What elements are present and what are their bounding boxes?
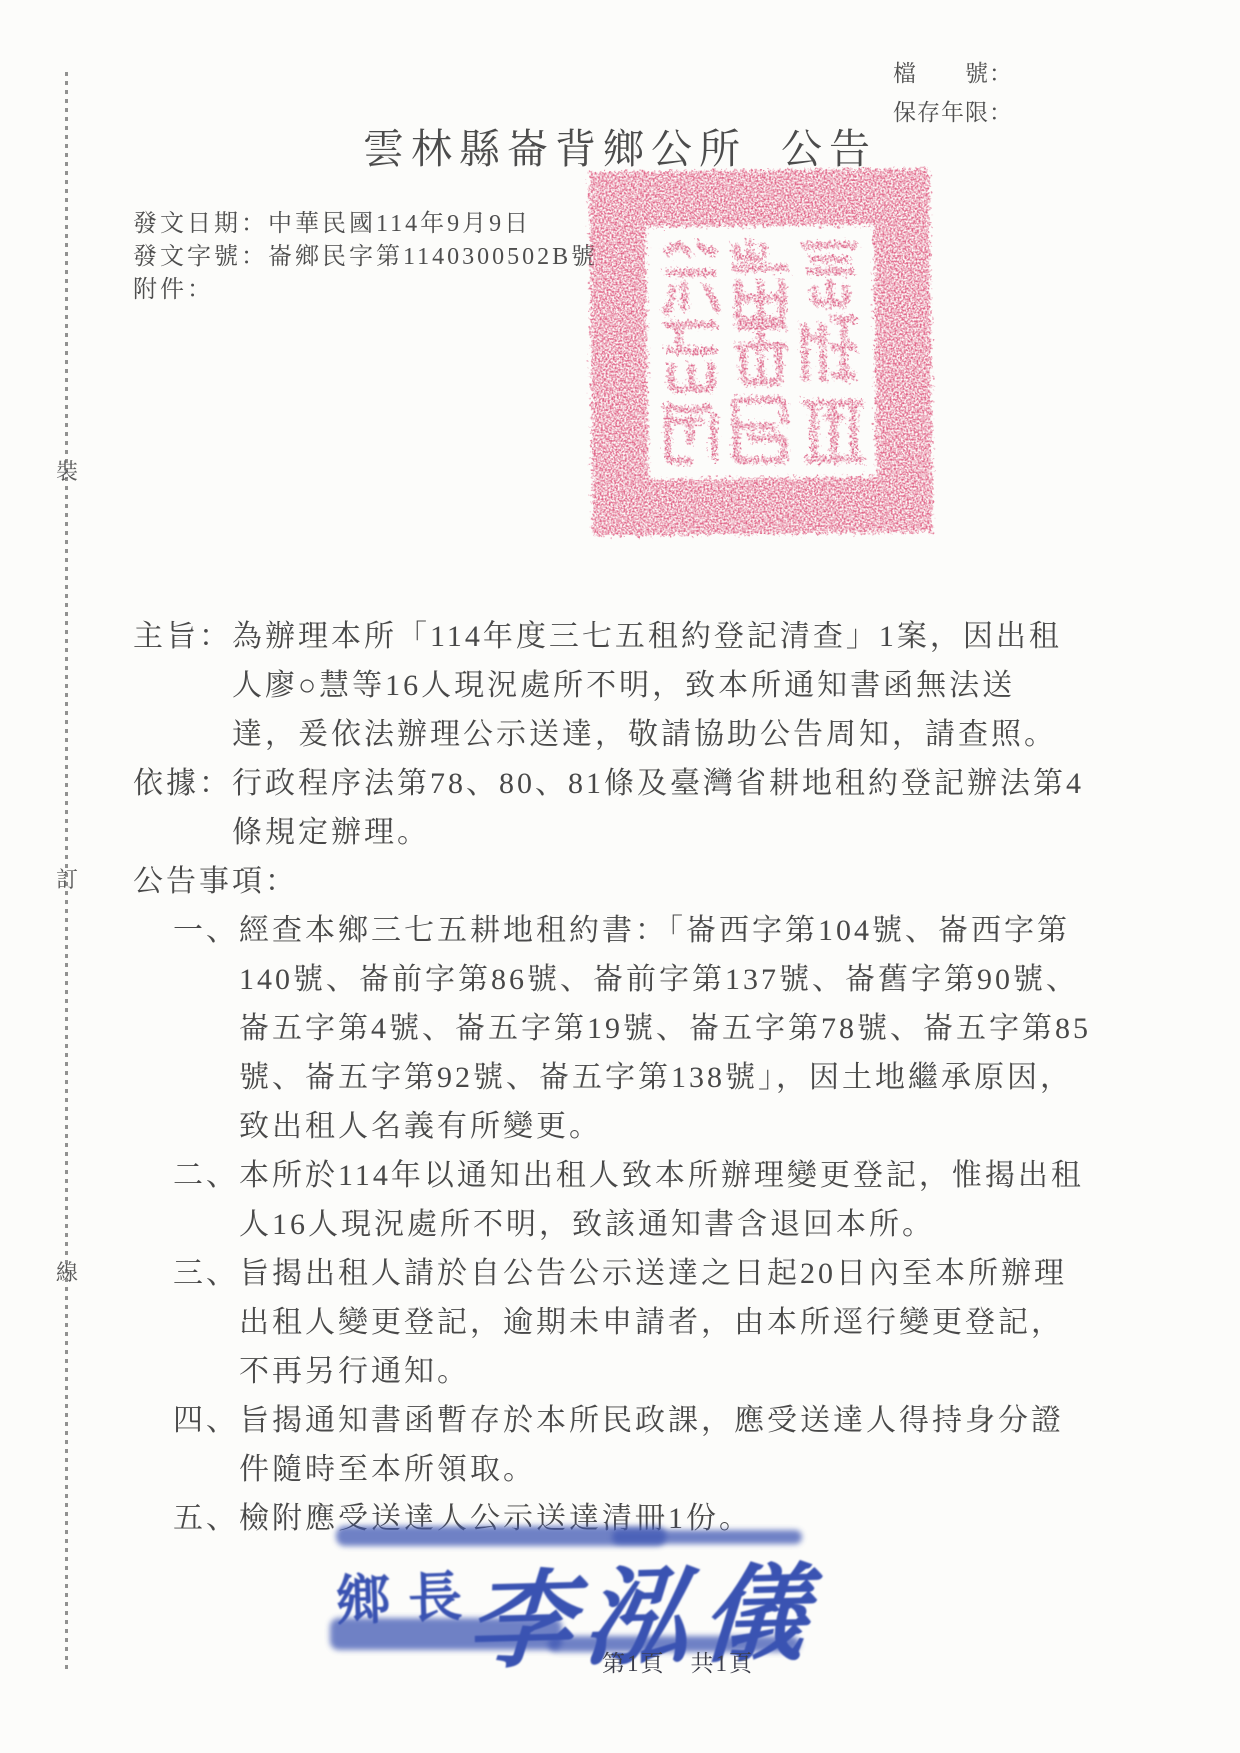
document-title: 雲林縣崙背鄉公所 公告 [0, 116, 1240, 175]
item-number: 四、 [173, 1396, 239, 1445]
item-text: 經查本鄉三七五耕地租約書：「崙西字第104號、崙西字第 140號、崙前字第86號… [239, 906, 1091, 1151]
doc-number-line: 發文字號：崙鄉民字第1140300502B號 [133, 241, 598, 274]
org-name: 雲林縣崙背鄉公所 [363, 116, 747, 175]
item-text: 本所於114年以通知出租人致本所辦理變更登記，惟揭出租 人16人現況處所不明，致… [239, 1151, 1084, 1249]
binding-char-ding: 訂 [53, 863, 81, 894]
subject-label: 主旨： [133, 612, 232, 661]
announcement-body: 主旨： 為辦理本所「114年度三七五租約登記清查」1案，因出租 人廖○慧等16人… [133, 612, 1133, 1543]
binding-char-zhuang: 裝 [53, 455, 81, 486]
subject-text: 為辦理本所「114年度三七五租約登記清查」1案，因出租 人廖○慧等16人現況處所… [232, 612, 1062, 759]
binding-char-xian: 線 [53, 1256, 81, 1287]
announcement-item-2: 二、 本所於114年以通知出租人致本所辦理變更登記，惟揭出租 人16人現況處所不… [133, 1151, 1133, 1249]
official-seal-stamp-icon [584, 166, 940, 542]
item-text: 旨揭通知書函暫存於本所民政課，應受送達人得持身分證 件隨時至本所領取。 [239, 1396, 1064, 1494]
announcement-item-3: 三、 旨揭出租人請於自公告公示送達之日起20日內至本所辦理 出租人變更登記，逾期… [133, 1249, 1133, 1396]
page-number: 第1頁 共1頁 [602, 1645, 754, 1678]
item-number: 二、 [173, 1151, 239, 1200]
issue-date-line: 發文日期：中華民國114年9月9日 [133, 208, 598, 241]
subject-paragraph: 主旨： 為辦理本所「114年度三七五租約登記清查」1案，因出租 人廖○慧等16人… [133, 612, 1133, 759]
basis-paragraph: 依據： 行政程序法第78、80、81條及臺灣省耕地租約登記辦法第4 條規定辦理。 [133, 759, 1133, 857]
basis-label: 依據： [133, 759, 232, 808]
announcement-item-1: 一、 經查本鄉三七五耕地租約書：「崙西字第104號、崙西字第 140號、崙前字第… [133, 906, 1133, 1151]
item-number: 三、 [173, 1249, 239, 1298]
announcement-document: 裝 訂 線 檔 號： 保存年限： 雲林縣崙背鄉公所 公告 發文日期：中華民國11… [0, 0, 1240, 1753]
item-number: 一、 [173, 906, 239, 955]
announcement-item-4: 四、 旨揭通知書函暫存於本所民政課，應受送達人得持身分證 件隨時至本所領取。 [133, 1396, 1133, 1494]
item-text: 旨揭出租人請於自公告公示送達之日起20日內至本所辦理 出租人變更登記，逾期未申請… [239, 1249, 1067, 1396]
attachment-label: 附件： [133, 274, 598, 307]
item-number: 五、 [173, 1494, 239, 1543]
file-number-label: 檔 號： [893, 54, 1013, 93]
items-heading: 公告事項： [133, 857, 1133, 906]
mayor-title-stamp: 鄉長 [335, 1554, 482, 1636]
doc-meta: 發文日期：中華民國114年9月9日 發文字號：崙鄉民字第1140300502B號… [133, 208, 598, 307]
basis-text: 行政程序法第78、80、81條及臺灣省耕地租約登記辦法第4 條規定辦理。 [232, 759, 1084, 857]
